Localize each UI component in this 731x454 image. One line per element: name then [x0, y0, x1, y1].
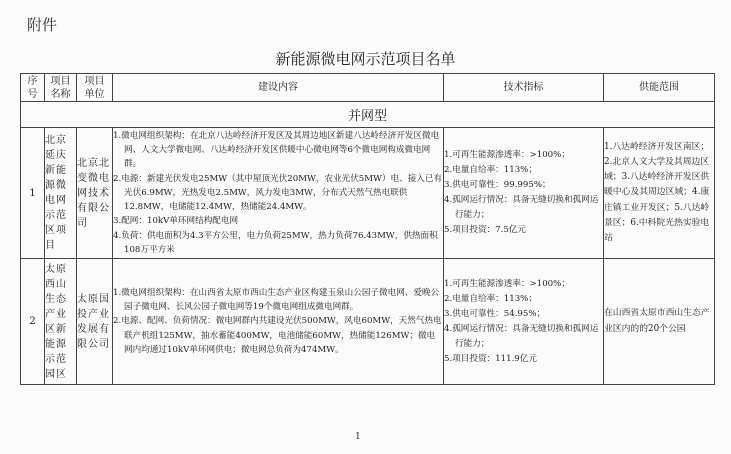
metric-item: 3.供电可靠性：54.95%；	[444, 307, 603, 322]
header-scope: 供能范围	[604, 74, 715, 102]
header-content: 建设内容	[113, 74, 444, 102]
header-index: 序号	[21, 74, 45, 102]
metric-item: 3.供电可靠性：99.995%；	[444, 178, 603, 193]
row-project-unit: 北京北变微电网技术有限公司	[77, 128, 113, 259]
metric-item: 5.项目投资：111.9亿元	[444, 352, 603, 367]
header-unit: 项目单位	[77, 74, 113, 102]
row-metrics: 1.可再生能源渗透率：>100%； 2.电量自给率：113%； 3.供电可靠性：…	[444, 128, 604, 259]
row-index: 1	[21, 128, 45, 259]
content-item: 4.负荷：供电面积为4.3平方公里，电力负荷25MW，热力负荷76.43MW，供…	[113, 229, 443, 257]
metric-item: 1.可再生能源渗透率：>100%；	[444, 277, 603, 292]
row-metrics: 1.可再生能源渗透率：>100%； 2.电量自给率：113%； 3.供电可靠性：…	[444, 259, 604, 385]
content-item: 2.电源、配网、负荷情况：微电网群内共建设光伏500MW，风电60MW，天然气热…	[113, 314, 443, 357]
page-number: 1	[355, 432, 361, 442]
metric-item: 4.孤网运行情况：具备无缝切换和孤网运行能力；	[444, 193, 603, 223]
row-project-name: 北京延庆新能源微电网示范区项目	[45, 128, 77, 259]
row-project-unit: 太原国投产业发展有限公司	[77, 259, 113, 385]
table-row: 2 太原西山生态产业区新能源示范园区 太原国投产业发展有限公司 1.微电网组织架…	[21, 259, 715, 385]
content-item: 1.微电网组织架构：在北京八达岭经济开发区及其周边地区新建八达岭经济开发区微电网…	[113, 129, 443, 172]
content-item: 1.微电网组织架构：在山西省太原市西山生态产业区构建玉泉山公园子微电网、爱晚公园…	[113, 286, 443, 314]
row-index: 2	[21, 259, 45, 385]
metric-item: 5.项目投资：7.5亿元	[444, 223, 603, 238]
metric-item: 2.电量自给率：113%；	[444, 163, 603, 178]
header-name: 项目名称	[45, 74, 77, 102]
document-title: 新能源微电网示范项目名单	[0, 48, 731, 69]
header-metrics: 技术指标	[444, 74, 604, 102]
row-project-name: 太原西山生态产业区新能源示范园区	[45, 259, 77, 385]
table-row: 1 北京延庆新能源微电网示范区项目 北京北变微电网技术有限公司 1.微电网组织架…	[21, 128, 715, 259]
attachment-label: 附件	[27, 14, 57, 35]
row-content: 1.微电网组织架构：在山西省太原市西山生态产业区构建玉泉山公园子微电网、爱晚公园…	[113, 259, 444, 385]
metric-item: 4.孤网运行情况：具备无缝切换和孤网运行能力；	[444, 322, 603, 352]
row-content: 1.微电网组织架构：在北京八达岭经济开发区及其周边地区新建八达岭经济开发区微电网…	[113, 128, 444, 259]
row-scope: 在山西省太原市西山生态产业区内的的20个公园	[604, 259, 715, 385]
content-item: 3.配网：10kV单环网结构配电网	[113, 214, 443, 228]
content-item: 2.电源：新建光伏发电25MW（其中屋顶光伏20MW，农业光伏5MW）电、接入已…	[113, 172, 443, 215]
project-table: 序号 项目名称 项目单位 建设内容 技术指标 供能范围 并网型 1 北京延庆新能…	[20, 73, 715, 385]
section-title: 并网型	[21, 102, 715, 128]
metric-item: 1.可再生能源渗透率：>100%；	[444, 148, 603, 163]
row-scope: 1.八达岭经济开发区南区；2.北京人文大学及其周边区域；3.八达岭经济开发区供暖…	[604, 128, 715, 259]
section-row: 并网型	[21, 102, 715, 128]
table-header-row: 序号 项目名称 项目单位 建设内容 技术指标 供能范围	[21, 74, 715, 102]
metric-item: 2.电量自给率：113%；	[444, 292, 603, 307]
